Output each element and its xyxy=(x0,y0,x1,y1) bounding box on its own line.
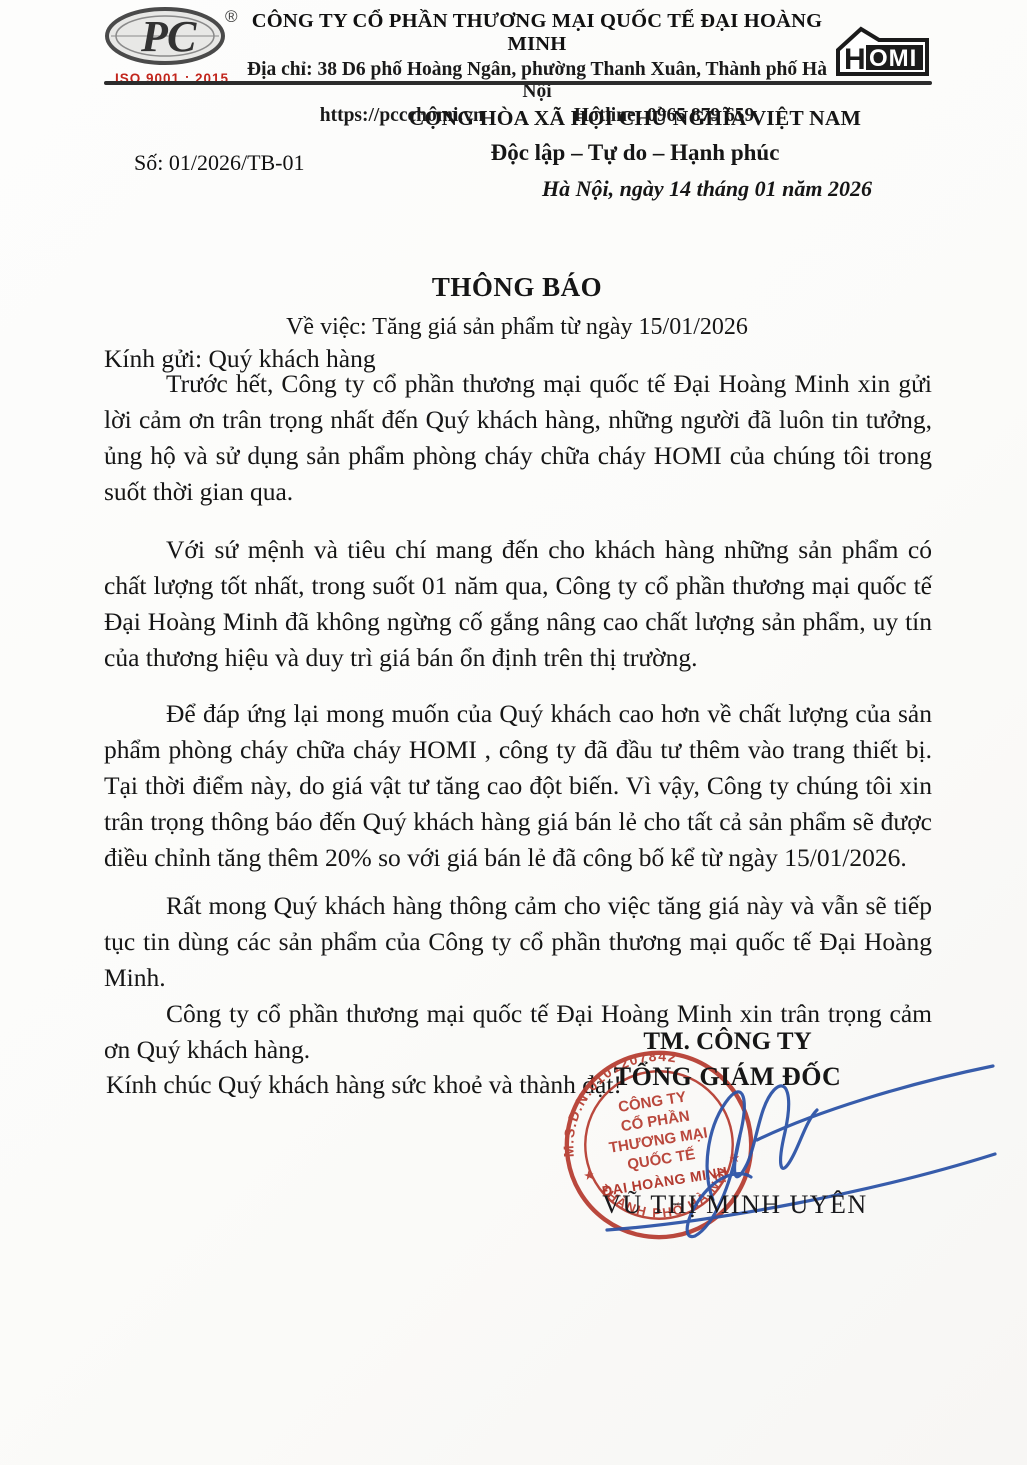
letter-body: Trước hết, Công ty cổ phần thương mại qu… xyxy=(104,366,932,1102)
registered-mark-icon: ® xyxy=(225,7,238,26)
national-header: CỘNG HÒA XÃ HỘI CHỦ NGHĨA VIỆT NAM Độc l… xyxy=(330,106,940,202)
homi-logo-icon: H OMI xyxy=(833,22,931,78)
doc-title: THÔNG BÁO xyxy=(103,272,931,303)
homi-letter-h: H xyxy=(844,43,866,76)
paragraph: Để đáp ứng lại mong muốn của Quý khách c… xyxy=(104,696,932,876)
pc-logo-icon: P C ® xyxy=(103,6,241,68)
national-name: CỘNG HÒA XÃ HỘI CHỦ NGHĨA VIỆT NAM xyxy=(330,106,940,131)
national-motto: Độc lập – Tự do – Hạnh phúc xyxy=(330,140,940,166)
paragraph: Trước hết, Công ty cổ phần thương mại qu… xyxy=(104,366,932,510)
place-date: Hà Nội, ngày 14 tháng 01 năm 2026 xyxy=(402,176,1012,202)
header-rule xyxy=(104,81,932,85)
pc-logo-letter-p: P xyxy=(140,12,169,61)
page: P C ® ISO 9001 : 2015 CÔNG TY CỔ PHẦN TH… xyxy=(0,0,1027,1465)
homi-letters-omi: OMI xyxy=(869,45,917,72)
letterhead: P C ® ISO 9001 : 2015 CÔNG TY CỔ PHẦN TH… xyxy=(103,6,933,80)
signature-title: TỔNG GIÁM ĐỐC xyxy=(530,1062,925,1092)
title-block: THÔNG BÁO Về việc: Tăng giá sản phẩm từ … xyxy=(103,272,931,341)
pc-logo: P C ® ISO 9001 : 2015 xyxy=(103,6,241,86)
signer-name: VŨ THỊ MINH UYÊN xyxy=(535,1190,935,1220)
homi-logo: H OMI xyxy=(833,6,933,83)
paragraph: Rất mong Quý khách hàng thông cảm cho vi… xyxy=(104,888,932,996)
doc-number: Số: 01/2026/TB-01 xyxy=(134,150,305,176)
pc-logo-letter-c: C xyxy=(167,12,197,61)
paragraph: Với sứ mệnh và tiêu chí mang đến cho khá… xyxy=(104,532,932,676)
doc-subject: Về việc: Tăng giá sản phẩm từ ngày 15/01… xyxy=(103,314,931,341)
signature-onbehalf: TM. CÔNG TY xyxy=(530,1028,925,1056)
company-name: CÔNG TY CỔ PHẦN THƯƠNG MẠI QUỐC TẾ ĐẠI H… xyxy=(241,10,833,56)
